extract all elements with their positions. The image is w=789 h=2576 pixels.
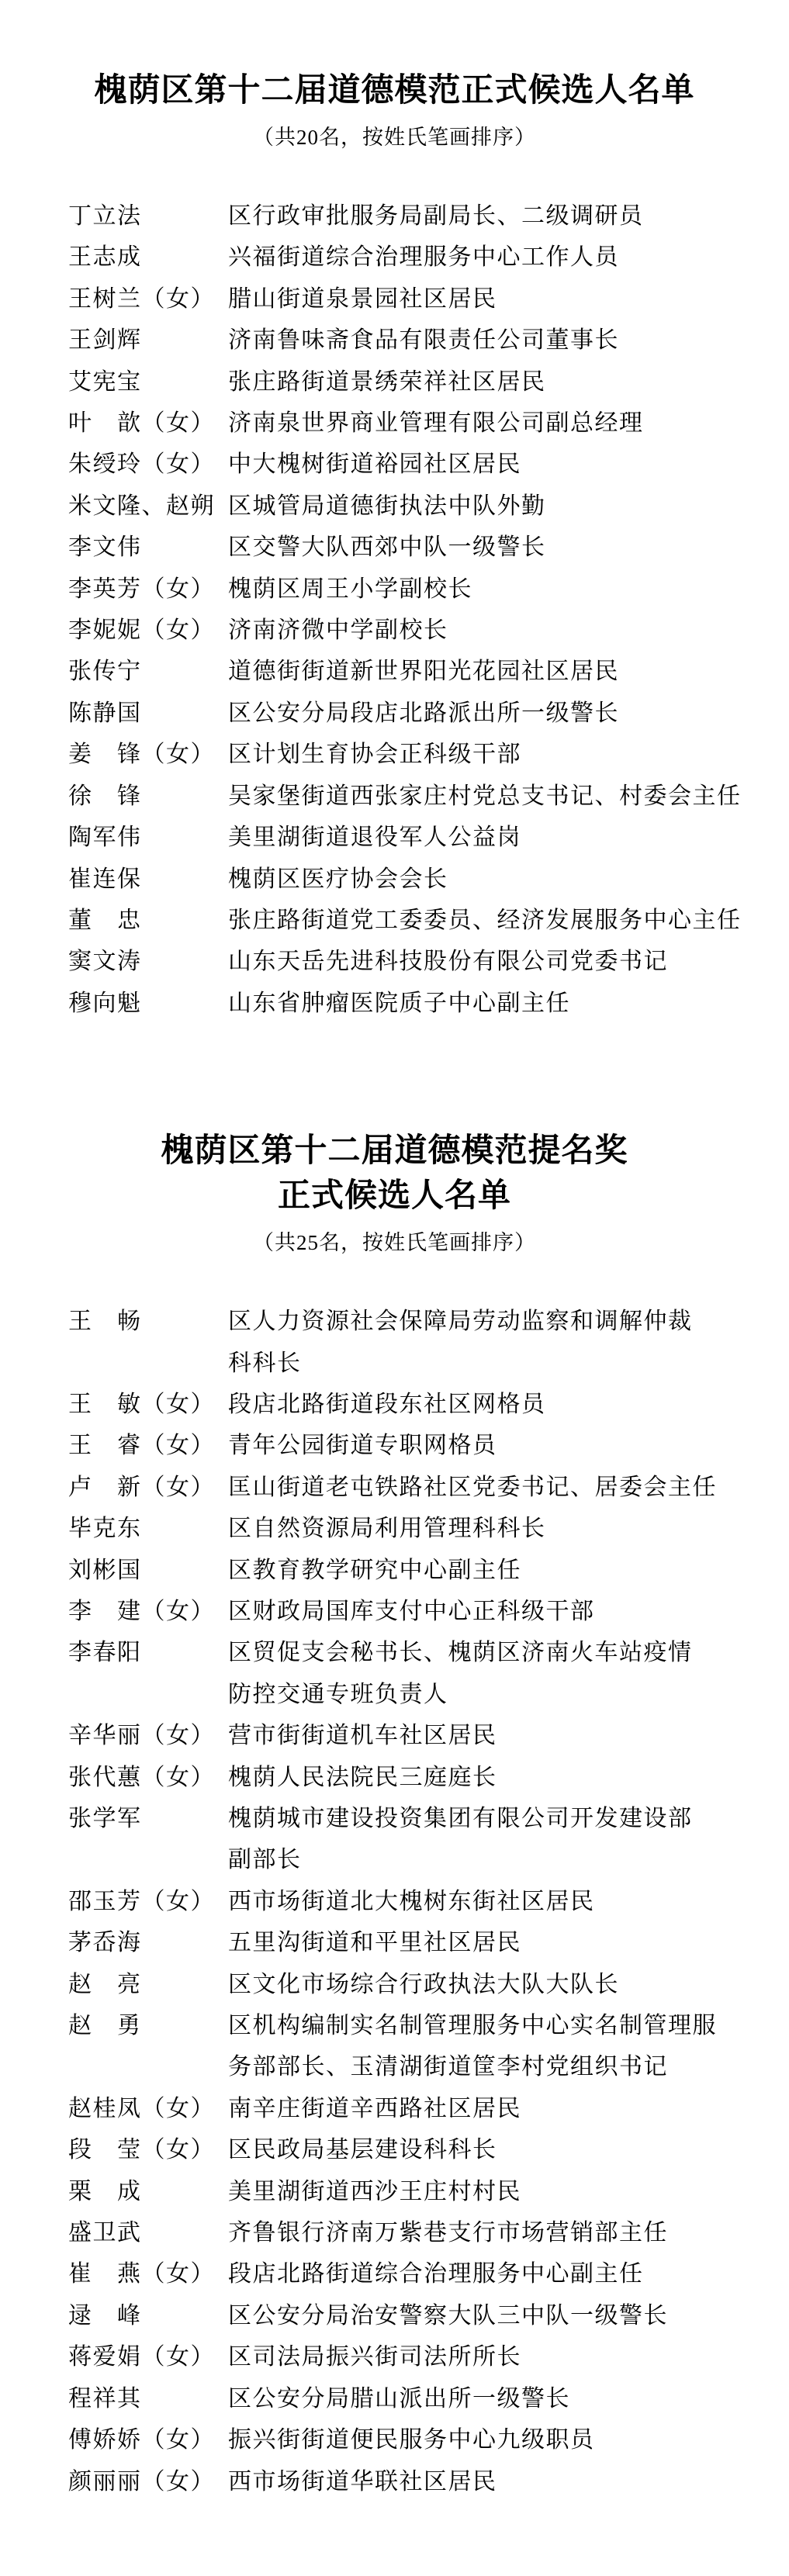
candidate-description-line: 张庄路街道党工委委员、经济发展服务中心主任 bbox=[228, 900, 742, 941]
candidate-row: 李春阳区贸促支会秘书长、槐荫区济南火车站疫情防控交通专班负责人 bbox=[68, 1632, 789, 1715]
candidate-row: 张传宁道德街街道新世界阳光花园社区居民 bbox=[68, 651, 789, 692]
candidate-row: 李文伟区交警大队西郊中队一级警长 bbox=[68, 527, 789, 568]
candidate-description-line: 区交警大队西郊中队一级警长 bbox=[228, 527, 546, 568]
candidate-name: 王树兰（女） bbox=[68, 278, 228, 320]
candidate-description-line: 五里沟街道和平里社区居民 bbox=[228, 1922, 521, 1963]
candidate-description-line: 槐荫人民法院民三庭庭长 bbox=[228, 1757, 497, 1798]
candidate-row: 段 莹（女）区民政局基层建设科科长 bbox=[68, 2129, 789, 2170]
candidate-name: 逯 峰 bbox=[68, 2295, 228, 2336]
candidate-list-section: 槐荫区第十二届道德模范正式候选人名单（共20名，按姓氏笔画排序）丁立法区行政审批… bbox=[0, 68, 789, 1024]
candidate-row: 颜丽丽（女）西市场街道华联社区居民 bbox=[68, 2461, 789, 2502]
candidate-name: 王 畅 bbox=[68, 1301, 228, 1342]
candidate-description: 区人力资源社会保障局劳动监察和调解仲裁科科长 bbox=[228, 1301, 693, 1384]
candidate-description: 兴福街道综合治理服务中心工作人员 bbox=[228, 237, 619, 278]
candidate-description-line: 防控交通专班负责人 bbox=[228, 1674, 693, 1715]
candidate-description-line: 区行政审批服务局副局长、二级调研员 bbox=[228, 195, 644, 237]
candidate-name: 陈静国 bbox=[68, 693, 228, 734]
candidate-description-line: 区公安分局治安警察大队三中队一级警长 bbox=[228, 2295, 668, 2336]
candidate-description-line: 区民政局基层建设科科长 bbox=[228, 2129, 497, 2170]
candidate-name: 段 莹（女） bbox=[68, 2129, 228, 2170]
candidate-description-line: 张庄路街道景绣荣祥社区居民 bbox=[228, 361, 546, 403]
candidate-row: 陈静国区公安分局段店北路派出所一级警长 bbox=[68, 693, 789, 734]
candidate-description: 槐荫城市建设投资集团有限公司开发建设部副部长 bbox=[228, 1798, 693, 1881]
candidate-list-section: 槐荫区第十二届道德模范提名奖正式候选人名单（共25名，按姓氏笔画排序）王 畅区人… bbox=[0, 1129, 789, 2502]
candidate-name: 盛卫武 bbox=[68, 2212, 228, 2253]
candidate-description: 区自然资源局利用管理科科长 bbox=[228, 1508, 546, 1549]
candidate-name: 张学军 bbox=[68, 1798, 228, 1839]
candidate-description-line: 槐荫区周王小学副校长 bbox=[228, 569, 472, 610]
candidate-name: 崔连保 bbox=[68, 859, 228, 900]
candidate-row: 叶 歆（女）济南泉世界商业管理有限公司副总经理 bbox=[68, 403, 789, 444]
candidate-description: 美里湖街道西沙王庄村村民 bbox=[228, 2171, 521, 2212]
candidate-row: 刘彬国区教育教学研究中心副主任 bbox=[68, 1550, 789, 1591]
candidate-name: 程祥其 bbox=[68, 2378, 228, 2419]
candidate-description-line: 山东天岳先进科技股份有限公司党委书记 bbox=[228, 941, 668, 982]
candidate-row: 崔连保槐荫区医疗协会会长 bbox=[68, 859, 789, 900]
candidate-name: 丁立法 bbox=[68, 195, 228, 237]
candidate-name: 崔 燕（女） bbox=[68, 2253, 228, 2294]
candidate-description-line: 区司法局振兴街司法所所长 bbox=[228, 2336, 521, 2377]
candidate-row: 王树兰（女）腊山街道泉景园社区居民 bbox=[68, 278, 789, 320]
candidate-name: 李文伟 bbox=[68, 527, 228, 568]
candidate-description: 山东省肿瘤医院质子中心副主任 bbox=[228, 983, 570, 1024]
candidate-description-line: 济南济微中学副校长 bbox=[228, 610, 448, 651]
candidate-row: 邵玉芳（女）西市场街道北大槐树东街社区居民 bbox=[68, 1881, 789, 1922]
candidate-row: 张代蕙（女）槐荫人民法院民三庭庭长 bbox=[68, 1757, 789, 1798]
candidate-row: 栗 成美里湖街道西沙王庄村村民 bbox=[68, 2171, 789, 2212]
candidate-row: 王剑辉济南鲁味斋食品有限责任公司董事长 bbox=[68, 320, 789, 361]
candidate-description: 腊山街道泉景园社区居民 bbox=[228, 278, 497, 320]
section-subtitle: （共20名，按姓氏笔画排序） bbox=[0, 124, 789, 150]
candidate-name: 李妮妮（女） bbox=[68, 610, 228, 651]
candidate-description-line: 区计划生育协会正科级干部 bbox=[228, 734, 521, 775]
candidate-description: 张庄路街道景绣荣祥社区居民 bbox=[228, 361, 546, 403]
candidate-description-line: 西市场街道华联社区居民 bbox=[228, 2461, 497, 2502]
candidate-description-line: 槐荫城市建设投资集团有限公司开发建设部 bbox=[228, 1798, 693, 1839]
candidate-row: 朱绶玲（女）中大槐树街道裕园社区居民 bbox=[68, 444, 789, 485]
candidate-name: 卢 新（女） bbox=[68, 1467, 228, 1508]
candidate-row: 赵 亮区文化市场综合行政执法大队大队长 bbox=[68, 1964, 789, 2005]
candidate-description: 道德街街道新世界阳光花园社区居民 bbox=[228, 651, 619, 692]
section-title-line: 槐荫区第十二届道德模范提名奖 bbox=[0, 1129, 789, 1174]
candidate-name: 董 忠 bbox=[68, 900, 228, 941]
candidate-row: 王 睿（女）青年公园街道专职网格员 bbox=[68, 1425, 789, 1466]
candidate-description: 济南济微中学副校长 bbox=[228, 610, 448, 651]
candidate-description-line: 兴福街道综合治理服务中心工作人员 bbox=[228, 237, 619, 278]
candidate-description-line: 美里湖街道西沙王庄村村民 bbox=[228, 2171, 521, 2212]
candidate-row: 姜 锋（女）区计划生育协会正科级干部 bbox=[68, 734, 789, 775]
candidate-row: 米文隆、赵朔区城管局道德街执法中队外勤 bbox=[68, 486, 789, 527]
candidate-description: 区计划生育协会正科级干部 bbox=[228, 734, 521, 775]
candidate-row: 逯 峰区公安分局治安警察大队三中队一级警长 bbox=[68, 2295, 789, 2336]
candidate-description-line: 区人力资源社会保障局劳动监察和调解仲裁 bbox=[228, 1301, 693, 1342]
candidate-description-line: 区文化市场综合行政执法大队大队长 bbox=[228, 1964, 619, 2005]
candidate-row: 王 畅区人力资源社会保障局劳动监察和调解仲裁科科长 bbox=[68, 1301, 789, 1384]
candidate-name: 窦文涛 bbox=[68, 941, 228, 982]
candidate-list: 王 畅区人力资源社会保障局劳动监察和调解仲裁科科长王 敏（女）段店北路街道段东社… bbox=[0, 1301, 789, 2502]
candidate-name: 邵玉芳（女） bbox=[68, 1881, 228, 1922]
moral-model-candidate-document: 槐荫区第十二届道德模范正式候选人名单（共20名，按姓氏笔画排序）丁立法区行政审批… bbox=[0, 0, 789, 2572]
candidate-description-line: 区公安分局腊山派出所一级警长 bbox=[228, 2378, 570, 2419]
candidate-name: 艾宪宝 bbox=[68, 361, 228, 403]
candidate-description-line: 吴家堡街道西张家庄村党总支书记、村委会主任 bbox=[228, 776, 742, 817]
candidate-name: 张传宁 bbox=[68, 651, 228, 692]
candidate-row: 董 忠张庄路街道党工委委员、经济发展服务中心主任 bbox=[68, 900, 789, 941]
candidate-row: 李妮妮（女）济南济微中学副校长 bbox=[68, 610, 789, 651]
candidate-description: 段店北路街道段东社区网格员 bbox=[228, 1384, 546, 1425]
candidate-description-line: 段店北路街道段东社区网格员 bbox=[228, 1384, 546, 1425]
candidate-name: 王 敏（女） bbox=[68, 1384, 228, 1425]
candidate-row: 徐 锋吴家堡街道西张家庄村党总支书记、村委会主任 bbox=[68, 776, 789, 817]
candidate-name: 辛华丽（女） bbox=[68, 1715, 228, 1756]
candidate-name: 蒋爱娟（女） bbox=[68, 2336, 228, 2377]
candidate-row: 蒋爱娟（女）区司法局振兴街司法所所长 bbox=[68, 2336, 789, 2377]
candidate-name: 李英芳（女） bbox=[68, 569, 228, 610]
candidate-description-line: 区自然资源局利用管理科科长 bbox=[228, 1508, 546, 1549]
candidate-row: 丁立法区行政审批服务局副局长、二级调研员 bbox=[68, 195, 789, 237]
candidate-name: 李 建（女） bbox=[68, 1591, 228, 1632]
candidate-row: 辛华丽（女）营市街街道机车社区居民 bbox=[68, 1715, 789, 1756]
candidate-list: 丁立法区行政审批服务局副局长、二级调研员王志成兴福街道综合治理服务中心工作人员王… bbox=[0, 195, 789, 1024]
candidate-name: 李春阳 bbox=[68, 1632, 228, 1673]
candidate-description: 区教育教学研究中心副主任 bbox=[228, 1550, 521, 1591]
candidate-description: 西市场街道北大槐树东街社区居民 bbox=[228, 1881, 595, 1922]
candidate-description-line: 腊山街道泉景园社区居民 bbox=[228, 278, 497, 320]
candidate-description-line: 济南泉世界商业管理有限公司副总经理 bbox=[228, 403, 644, 444]
candidate-row: 王 敏（女）段店北路街道段东社区网格员 bbox=[68, 1384, 789, 1425]
candidate-description: 齐鲁银行济南万紫巷支行市场营销部主任 bbox=[228, 2212, 668, 2253]
candidate-description: 南辛庄街道辛西路社区居民 bbox=[228, 2088, 521, 2129]
candidate-description: 吴家堡街道西张家庄村党总支书记、村委会主任 bbox=[228, 776, 742, 817]
candidate-description: 区贸促支会秘书长、槐荫区济南火车站疫情防控交通专班负责人 bbox=[228, 1632, 693, 1715]
candidate-description: 区交警大队西郊中队一级警长 bbox=[228, 527, 546, 568]
candidate-name: 王剑辉 bbox=[68, 320, 228, 361]
candidate-description: 中大槐树街道裕园社区居民 bbox=[228, 444, 521, 485]
candidate-description: 区财政局国库支付中心正科级干部 bbox=[228, 1591, 595, 1632]
candidate-description-line: 区城管局道德街执法中队外勤 bbox=[228, 486, 546, 527]
candidate-name: 徐 锋 bbox=[68, 776, 228, 817]
candidate-description: 美里湖街道退役军人公益岗 bbox=[228, 817, 521, 858]
section-title: 槐荫区第十二届道德模范提名奖正式候选人名单 bbox=[0, 1129, 789, 1219]
candidate-description: 五里沟街道和平里社区居民 bbox=[228, 1922, 521, 1963]
candidate-row: 陶军伟美里湖街道退役军人公益岗 bbox=[68, 817, 789, 858]
candidate-row: 赵 勇区机构编制实名制管理服务中心实名制管理服务部部长、玉清湖街道筐李村党组织书… bbox=[68, 2005, 789, 2088]
candidate-description: 区机构编制实名制管理服务中心实名制管理服务部部长、玉清湖街道筐李村党组织书记 bbox=[228, 2005, 717, 2088]
candidate-description: 营市街街道机车社区居民 bbox=[228, 1715, 497, 1756]
candidate-description-line: 西市场街道北大槐树东街社区居民 bbox=[228, 1881, 595, 1922]
candidate-description: 区公安分局腊山派出所一级警长 bbox=[228, 2378, 570, 2419]
candidate-description-line: 科科长 bbox=[228, 1343, 693, 1384]
candidate-description-line: 营市街街道机车社区居民 bbox=[228, 1715, 497, 1756]
candidate-description-line: 美里湖街道退役军人公益岗 bbox=[228, 817, 521, 858]
candidate-name: 赵 亮 bbox=[68, 1964, 228, 2005]
section-subtitle: （共25名，按姓氏笔画排序） bbox=[0, 1229, 789, 1256]
candidate-row: 穆向魁山东省肿瘤医院质子中心副主任 bbox=[68, 983, 789, 1024]
candidate-description-line: 区贸促支会秘书长、槐荫区济南火车站疫情 bbox=[228, 1632, 693, 1673]
candidate-name: 傅娇娇（女） bbox=[68, 2419, 228, 2460]
candidate-description: 区公安分局段店北路派出所一级警长 bbox=[228, 693, 619, 734]
candidate-description: 段店北路街道综合治理服务中心副主任 bbox=[228, 2253, 644, 2294]
candidate-description: 区文化市场综合行政执法大队大队长 bbox=[228, 1964, 619, 2005]
candidate-name: 颜丽丽（女） bbox=[68, 2461, 228, 2502]
candidate-description: 区公安分局治安警察大队三中队一级警长 bbox=[228, 2295, 668, 2336]
candidate-row: 茅岙海五里沟街道和平里社区居民 bbox=[68, 1922, 789, 1963]
candidate-row: 卢 新（女）匡山街道老屯铁路社区党委书记、居委会主任 bbox=[68, 1467, 789, 1508]
candidate-description: 西市场街道华联社区居民 bbox=[228, 2461, 497, 2502]
candidate-description: 槐荫区医疗协会会长 bbox=[228, 859, 448, 900]
candidate-name: 赵桂凤（女） bbox=[68, 2088, 228, 2129]
candidate-description: 区行政审批服务局副局长、二级调研员 bbox=[228, 195, 644, 237]
candidate-description-line: 副部长 bbox=[228, 1839, 693, 1880]
candidate-name: 毕克东 bbox=[68, 1508, 228, 1549]
candidate-row: 王志成兴福街道综合治理服务中心工作人员 bbox=[68, 237, 789, 278]
candidate-description-line: 山东省肿瘤医院质子中心副主任 bbox=[228, 983, 570, 1024]
candidate-description-line: 济南鲁味斋食品有限责任公司董事长 bbox=[228, 320, 619, 361]
candidate-description: 区城管局道德街执法中队外勤 bbox=[228, 486, 546, 527]
candidate-description: 匡山街道老屯铁路社区党委书记、居委会主任 bbox=[228, 1467, 717, 1508]
candidate-row: 窦文涛山东天岳先进科技股份有限公司党委书记 bbox=[68, 941, 789, 982]
candidate-description-line: 中大槐树街道裕园社区居民 bbox=[228, 444, 521, 485]
candidate-description-line: 槐荫区医疗协会会长 bbox=[228, 859, 448, 900]
candidate-name: 叶 歆（女） bbox=[68, 403, 228, 444]
candidate-name: 赵 勇 bbox=[68, 2005, 228, 2046]
candidate-description-line: 区财政局国库支付中心正科级干部 bbox=[228, 1591, 595, 1632]
candidate-name: 栗 成 bbox=[68, 2171, 228, 2212]
candidate-description-line: 振兴街街道便民服务中心九级职员 bbox=[228, 2419, 595, 2460]
candidate-description-line: 青年公园街道专职网格员 bbox=[228, 1425, 497, 1466]
candidate-description: 区司法局振兴街司法所所长 bbox=[228, 2336, 521, 2377]
candidate-description: 槐荫人民法院民三庭庭长 bbox=[228, 1757, 497, 1798]
candidate-row: 艾宪宝张庄路街道景绣荣祥社区居民 bbox=[68, 361, 789, 403]
section-title-line: 槐荫区第十二届道德模范正式候选人名单 bbox=[0, 68, 789, 113]
candidate-row: 盛卫武齐鲁银行济南万紫巷支行市场营销部主任 bbox=[68, 2212, 789, 2253]
candidate-description: 槐荫区周王小学副校长 bbox=[228, 569, 472, 610]
candidate-description-line: 段店北路街道综合治理服务中心副主任 bbox=[228, 2253, 644, 2294]
candidate-description: 青年公园街道专职网格员 bbox=[228, 1425, 497, 1466]
candidate-description-line: 齐鲁银行济南万紫巷支行市场营销部主任 bbox=[228, 2212, 668, 2253]
candidate-name: 茅岙海 bbox=[68, 1922, 228, 1963]
candidate-row: 毕克东区自然资源局利用管理科科长 bbox=[68, 1508, 789, 1549]
candidate-name: 张代蕙（女） bbox=[68, 1757, 228, 1798]
candidate-name: 王志成 bbox=[68, 237, 228, 278]
candidate-name: 王 睿（女） bbox=[68, 1425, 228, 1466]
candidate-name: 姜 锋（女） bbox=[68, 734, 228, 775]
candidate-description-line: 区教育教学研究中心副主任 bbox=[228, 1550, 521, 1591]
candidate-row: 程祥其区公安分局腊山派出所一级警长 bbox=[68, 2378, 789, 2419]
candidate-description-line: 区公安分局段店北路派出所一级警长 bbox=[228, 693, 619, 734]
section-title: 槐荫区第十二届道德模范正式候选人名单 bbox=[0, 68, 789, 113]
candidate-name: 米文隆、赵朔 bbox=[68, 486, 228, 527]
candidate-description-line: 道德街街道新世界阳光花园社区居民 bbox=[228, 651, 619, 692]
candidate-description: 山东天岳先进科技股份有限公司党委书记 bbox=[228, 941, 668, 982]
candidate-row: 崔 燕（女）段店北路街道综合治理服务中心副主任 bbox=[68, 2253, 789, 2294]
candidate-description-line: 南辛庄街道辛西路社区居民 bbox=[228, 2088, 521, 2129]
candidate-row: 李英芳（女）槐荫区周王小学副校长 bbox=[68, 569, 789, 610]
candidate-description: 振兴街街道便民服务中心九级职员 bbox=[228, 2419, 595, 2460]
candidate-description: 济南泉世界商业管理有限公司副总经理 bbox=[228, 403, 644, 444]
candidate-description-line: 区机构编制实名制管理服务中心实名制管理服 bbox=[228, 2005, 717, 2046]
candidate-name: 朱绶玲（女） bbox=[68, 444, 228, 485]
candidate-row: 傅娇娇（女）振兴街街道便民服务中心九级职员 bbox=[68, 2419, 789, 2460]
candidate-description: 区民政局基层建设科科长 bbox=[228, 2129, 497, 2170]
candidate-name: 穆向魁 bbox=[68, 983, 228, 1024]
candidate-description-line: 匡山街道老屯铁路社区党委书记、居委会主任 bbox=[228, 1467, 717, 1508]
candidate-name: 陶军伟 bbox=[68, 817, 228, 858]
candidate-description: 张庄路街道党工委委员、经济发展服务中心主任 bbox=[228, 900, 742, 941]
candidate-row: 李 建（女）区财政局国库支付中心正科级干部 bbox=[68, 1591, 789, 1632]
candidate-description-line: 务部部长、玉清湖街道筐李村党组织书记 bbox=[228, 2046, 717, 2087]
candidate-description: 济南鲁味斋食品有限责任公司董事长 bbox=[228, 320, 619, 361]
candidate-row: 赵桂凤（女）南辛庄街道辛西路社区居民 bbox=[68, 2088, 789, 2129]
candidate-name: 刘彬国 bbox=[68, 1550, 228, 1591]
candidate-row: 张学军槐荫城市建设投资集团有限公司开发建设部副部长 bbox=[68, 1798, 789, 1881]
section-title-line: 正式候选人名单 bbox=[0, 1174, 789, 1219]
